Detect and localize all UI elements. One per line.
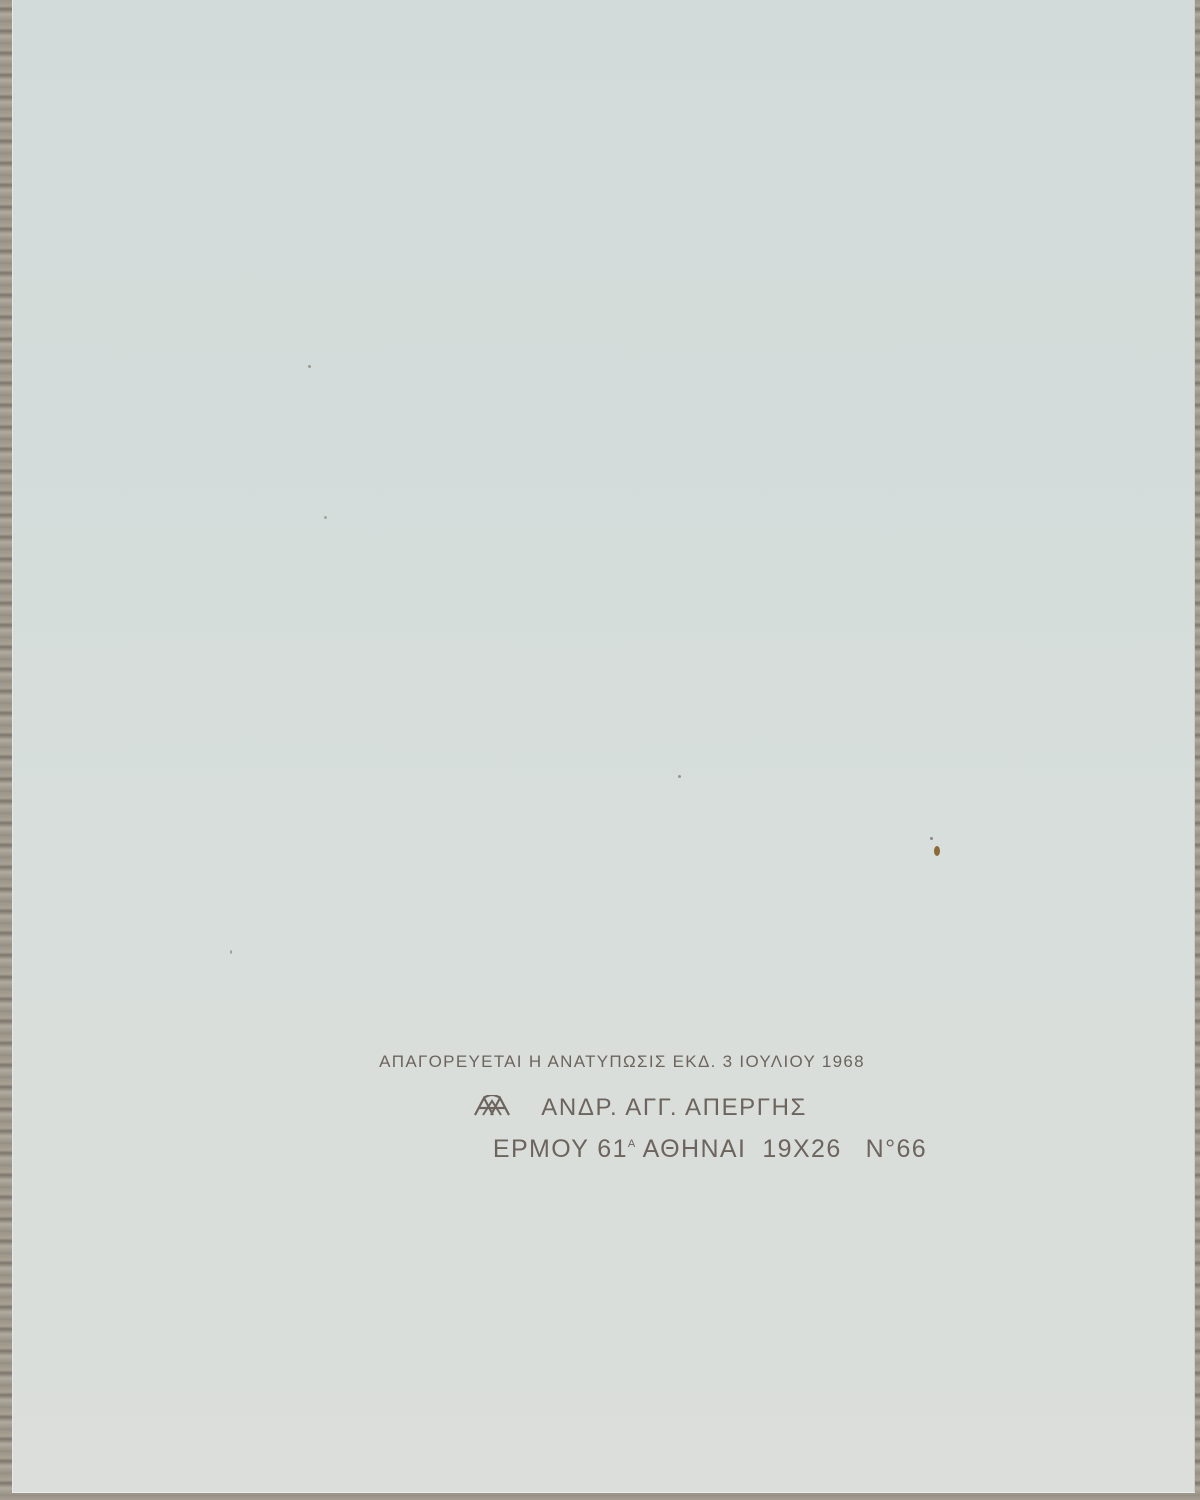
paper-speck [230, 950, 232, 954]
street-suffix: Α [628, 1138, 637, 1150]
reprint-notice-text: ΑΠΑΓΟΡΕΥΕΤΑΙ Η ΑΝΑΤΥΠΩΣΙΣ ΕΚΔ. 3 ΙΟΥΛΙΟΥ… [379, 1052, 865, 1072]
address-line: ΕΡΜΟΥ 61ΑΑΘΗΝΑΙ19Χ26Ν°66 [0, 1135, 1200, 1164]
stain-spot [934, 846, 940, 856]
catalog-number: Ν°66 [866, 1135, 927, 1164]
reprint-notice: ΑΠΑΓΟΡΕΥΕΤΑΙ Η ΑΝΑΤΥΠΩΣΙΣ ΕΚΔ. 3 ΙΟΥΛΙΟΥ… [0, 1052, 1200, 1072]
card-back [12, 0, 1195, 1492]
paper-speck [678, 775, 681, 778]
dimensions: 19Χ26 [762, 1135, 841, 1164]
street: ΕΡΜΟΥ 61 [493, 1135, 628, 1164]
paper-speck [308, 365, 311, 368]
paper-speck [324, 516, 327, 519]
paper-speck [930, 837, 933, 840]
city: ΑΘΗΝΑΙ [643, 1135, 747, 1164]
publisher-line: ΑΝΔΡ. ΑΓΓ. ΑΠΕΡΓΗΣ [0, 1094, 1200, 1122]
publisher-monogram-icon [473, 1095, 511, 1117]
publisher-name: ΑΝΔΡ. ΑΓΓ. ΑΠΕΡΓΗΣ [541, 1094, 807, 1122]
